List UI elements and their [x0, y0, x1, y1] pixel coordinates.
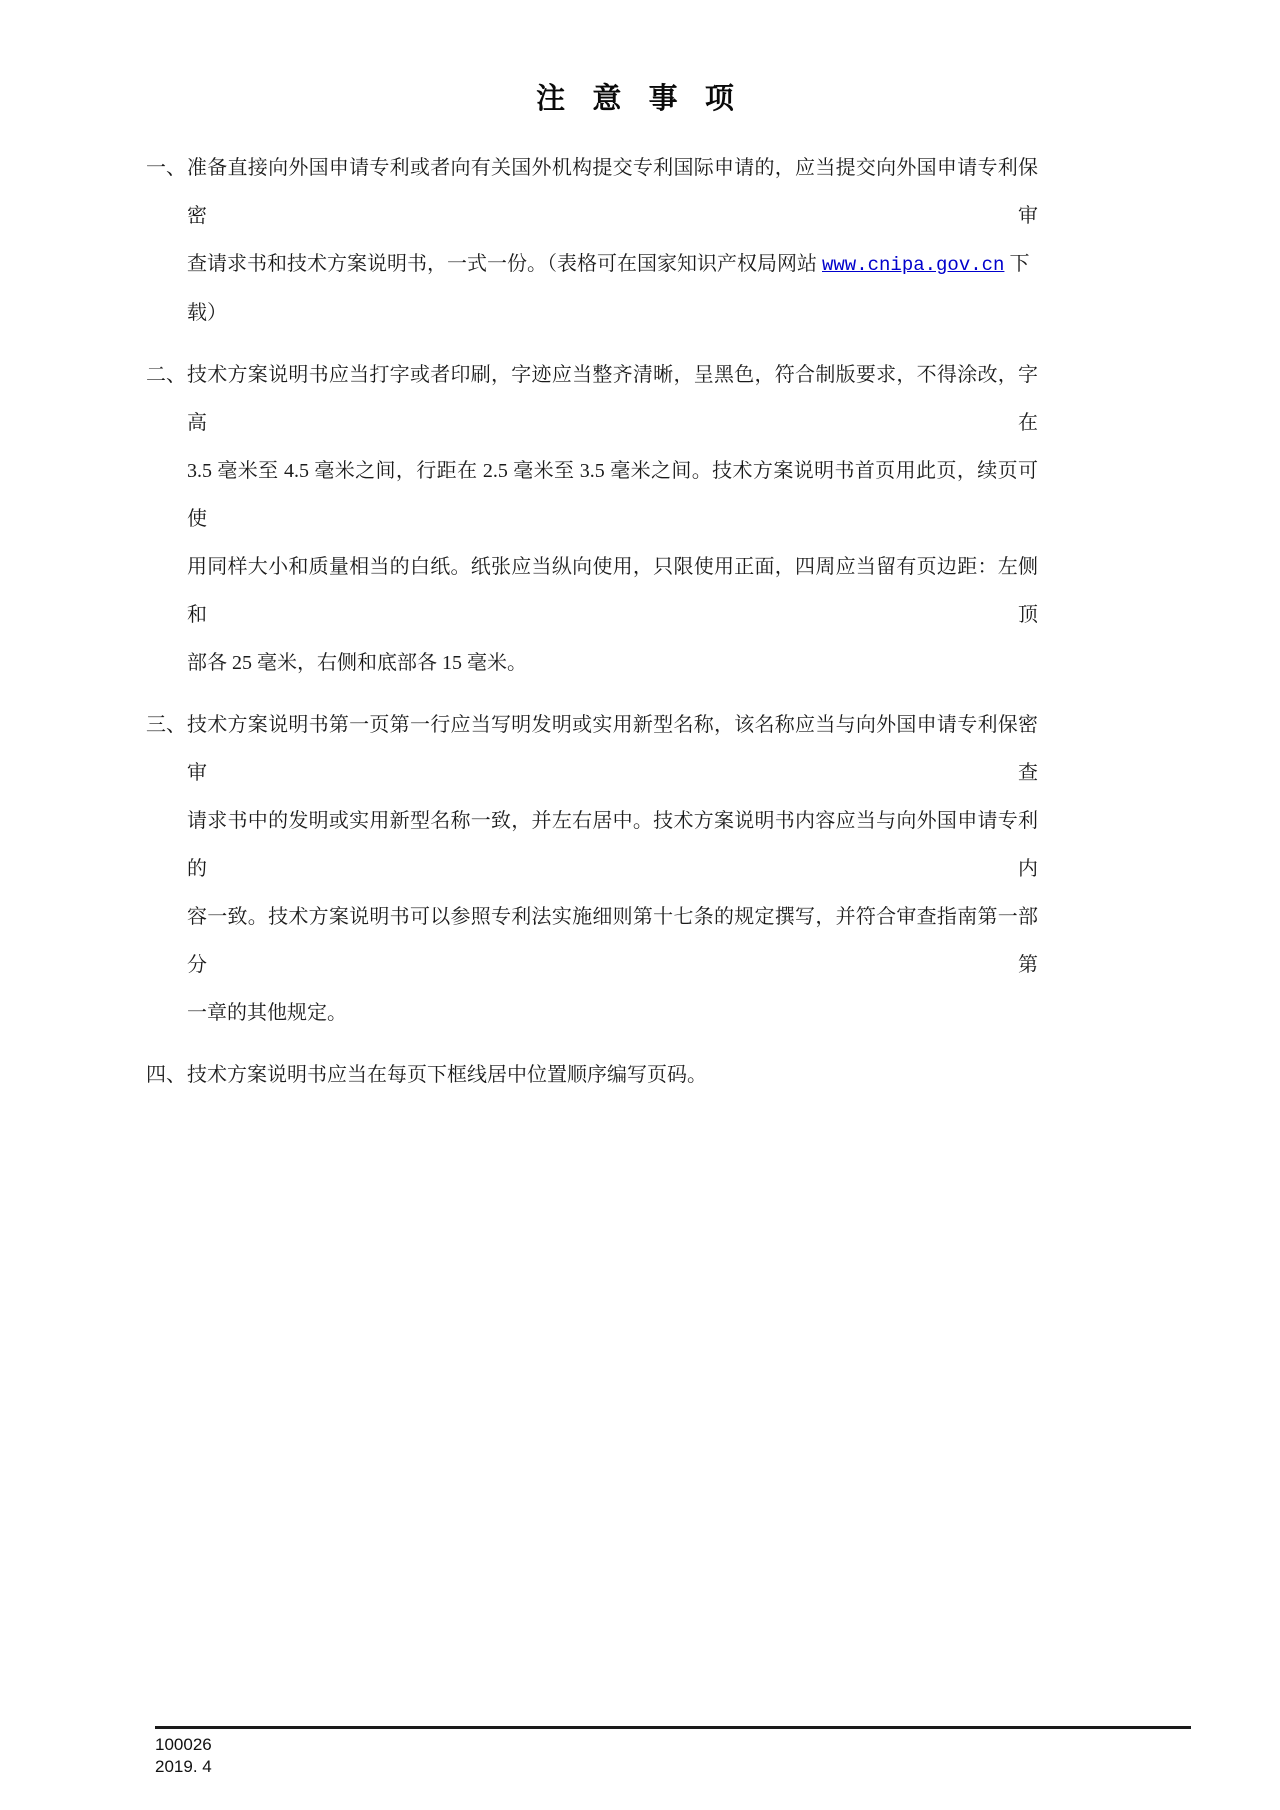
- note-line: 容一致。技术方案说明书可以参照专利法实施细则第十七条的规定撰写，并符合审查指南第…: [187, 893, 1038, 989]
- text-run: 部各 25 毫米，右侧和底部各 15 毫米。: [187, 652, 527, 674]
- cnipa-website-link[interactable]: www.cnipa.gov.cn: [822, 254, 1004, 276]
- note-line: 技术方案说明书应当在每页下框线居中位置顺序编写页码。: [187, 1051, 1038, 1099]
- note-item-marker: 四、: [146, 1051, 186, 1099]
- text-run: 技术方案说明书应当打字或者印刷，字迹应当整齐清晰，呈黑色，符合制版要求，不得涂改…: [187, 364, 1038, 434]
- form-code: 100026: [155, 1734, 1191, 1756]
- text-run: 技术方案说明书第一页第一行应当写明发明或实用新型名称，该名称应当与向外国申请专利…: [187, 714, 1038, 784]
- note-line: 技术方案说明书应当打字或者印刷，字迹应当整齐清晰，呈黑色，符合制版要求，不得涂改…: [187, 351, 1038, 447]
- footer: 100026 2019. 4: [155, 1726, 1191, 1778]
- note-line: 技术方案说明书第一页第一行应当写明发明或实用新型名称，该名称应当与向外国申请专利…: [187, 701, 1038, 797]
- note-line: 用同样大小和质量相当的白纸。纸张应当纵向使用，只限使用正面，四周应当留有页边距：…: [187, 543, 1038, 639]
- notes-list: 一、准备直接向外国申请专利或者向有关国外机构提交专利国际申请的，应当提交向外国申…: [146, 144, 1038, 1099]
- note-line: 准备直接向外国申请专利或者向有关国外机构提交专利国际申请的，应当提交向外国申请专…: [187, 144, 1038, 240]
- note-line: 3.5 毫米至 4.5 毫米之间，行距在 2.5 毫米至 3.5 毫米之间。技术…: [187, 447, 1038, 543]
- note-line: 查请求书和技术方案说明书，一式一份。（表格可在国家知识产权局网站 www.cni…: [187, 240, 1038, 337]
- note-line: 一章的其他规定。: [187, 989, 1038, 1037]
- form-date: 2019. 4: [155, 1756, 1191, 1778]
- note-line: 部各 25 毫米，右侧和底部各 15 毫米。: [187, 639, 1038, 687]
- note-line: 请求书中的发明或实用新型名称一致，并左右居中。技术方案说明书内容应当与向外国申请…: [187, 797, 1038, 893]
- text-run: 请求书中的发明或实用新型名称一致，并左右居中。技术方案说明书内容应当与向外国申请…: [187, 810, 1038, 880]
- text-run: 3.5 毫米至 4.5 毫米之间，行距在 2.5 毫米至 3.5 毫米之间。技术…: [187, 460, 1038, 530]
- page-title: 注 意 事 项: [0, 76, 1280, 117]
- text-run: 查请求书和技术方案说明书，一式一份。（表格可在国家知识产权局网站: [187, 253, 822, 275]
- note-item-marker: 一、: [146, 144, 186, 192]
- notice-page: 注 意 事 项 一、准备直接向外国申请专利或者向有关国外机构提交专利国际申请的，…: [0, 0, 1280, 1810]
- footer-divider: [155, 1726, 1191, 1729]
- note-item-marker: 二、: [146, 351, 186, 399]
- text-run: 准备直接向外国申请专利或者向有关国外机构提交专利国际申请的，应当提交向外国申请专…: [187, 157, 1038, 227]
- note-item-marker: 三、: [146, 701, 186, 749]
- note-item-1: 一、准备直接向外国申请专利或者向有关国外机构提交专利国际申请的，应当提交向外国申…: [146, 144, 1038, 337]
- text-run: 一章的其他规定。: [187, 1002, 347, 1024]
- text-run: 用同样大小和质量相当的白纸。纸张应当纵向使用，只限使用正面，四周应当留有页边距：…: [187, 556, 1038, 626]
- text-run: 容一致。技术方案说明书可以参照专利法实施细则第十七条的规定撰写，并符合审查指南第…: [187, 906, 1038, 976]
- text-run: 技术方案说明书应当在每页下框线居中位置顺序编写页码。: [187, 1064, 707, 1086]
- note-item-3: 三、技术方案说明书第一页第一行应当写明发明或实用新型名称，该名称应当与向外国申请…: [146, 701, 1038, 1037]
- note-item-2: 二、技术方案说明书应当打字或者印刷，字迹应当整齐清晰，呈黑色，符合制版要求，不得…: [146, 351, 1038, 687]
- note-item-4: 四、技术方案说明书应当在每页下框线居中位置顺序编写页码。: [146, 1051, 1038, 1099]
